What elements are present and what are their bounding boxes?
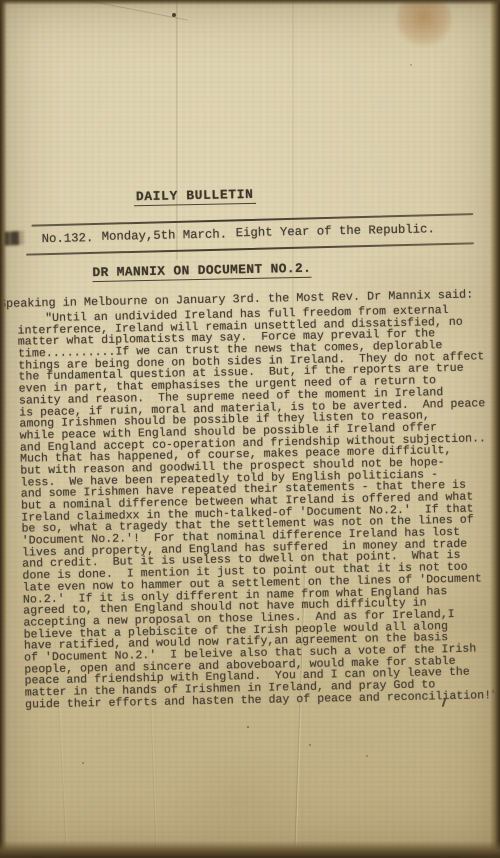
issue-number: No.132. bbox=[42, 231, 94, 246]
issue-date: Monday,5th March. bbox=[102, 227, 228, 244]
typewritten-content: DAILY BULLETIN █▓█▒ No.132. Monday,5th M… bbox=[0, 0, 500, 858]
issue-row: █▓█▒ No.132. Monday,5th March. Eight Yea… bbox=[0, 0, 491, 5]
ink-smudge-stamp: █▓█▒ bbox=[0, 231, 22, 246]
article-headline: DR MANNIX ON DOCUMENT NO.2. bbox=[92, 261, 311, 282]
issue-year: Eight Year of the Republic. bbox=[236, 222, 435, 240]
article-body: "Until an undivided Ireland has full fre… bbox=[17, 304, 498, 711]
masthead-title: DAILY BULLETIN bbox=[134, 187, 256, 206]
ink-specks bbox=[0, 0, 2, 2]
document-page: DAILY BULLETIN █▓█▒ No.132. Monday,5th M… bbox=[0, 0, 500, 858]
